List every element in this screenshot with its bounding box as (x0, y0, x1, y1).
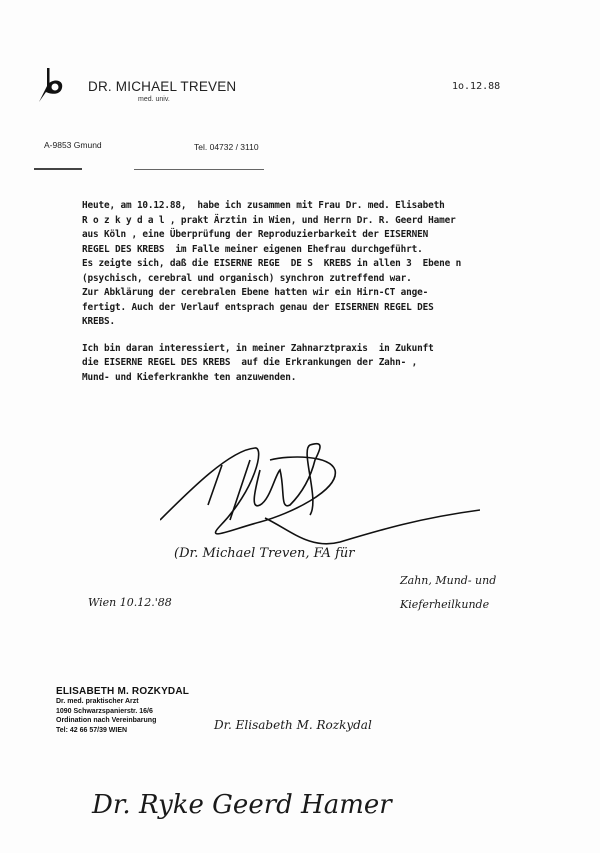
letterhead-address: A-9853 Gmund (44, 140, 102, 150)
stamp-line: Ordination nach Vereinbarung (56, 716, 189, 726)
divider (134, 169, 264, 170)
stamp-line: Dr. med. praktischer Arzt (56, 697, 189, 707)
handwritten-role: Zahn, Mund- und (400, 574, 496, 587)
handwritten-role: Kieferheilkunde (400, 598, 489, 611)
handwritten-place-date: Wien 10.12.'88 (88, 596, 172, 609)
divider (34, 168, 82, 170)
hamer-signature: Dr. Ryke Geerd Hamer (92, 790, 392, 820)
letter-body: Heute, am 10.12.88, habe ich zusammen mi… (82, 199, 552, 397)
rozkydal-signature: Dr. Elisabeth M. Rozkydal (214, 718, 372, 732)
rozkydal-stamp: ELISABETH M. ROZKYDAL Dr. med. praktisch… (56, 686, 189, 735)
body-paragraph: Heute, am 10.12.88, habe ich zusammen mi… (82, 199, 552, 330)
letterhead-title: med. univ. (138, 96, 170, 103)
body-paragraph: Ich bin daran interessiert, in meiner Za… (82, 342, 552, 386)
stamp-name: ELISABETH M. ROZKYDAL (56, 686, 189, 697)
treven-signature-scribble (160, 430, 480, 550)
handwritten-name: (Dr. Michael Treven, FA für (174, 546, 354, 561)
stamp-line: Tel: 42 66 57/39 WIEN (56, 726, 189, 736)
letterhead-telephone: Tel. 04732 / 3110 (194, 142, 259, 152)
letter-date: 1o.12.88 (452, 81, 500, 92)
stamp-line: 1090 Schwarzspanierstr. 16/6 (56, 707, 189, 717)
letterhead-name: DR. MICHAEL TREVEN (88, 79, 236, 94)
logo-icon (36, 66, 66, 106)
